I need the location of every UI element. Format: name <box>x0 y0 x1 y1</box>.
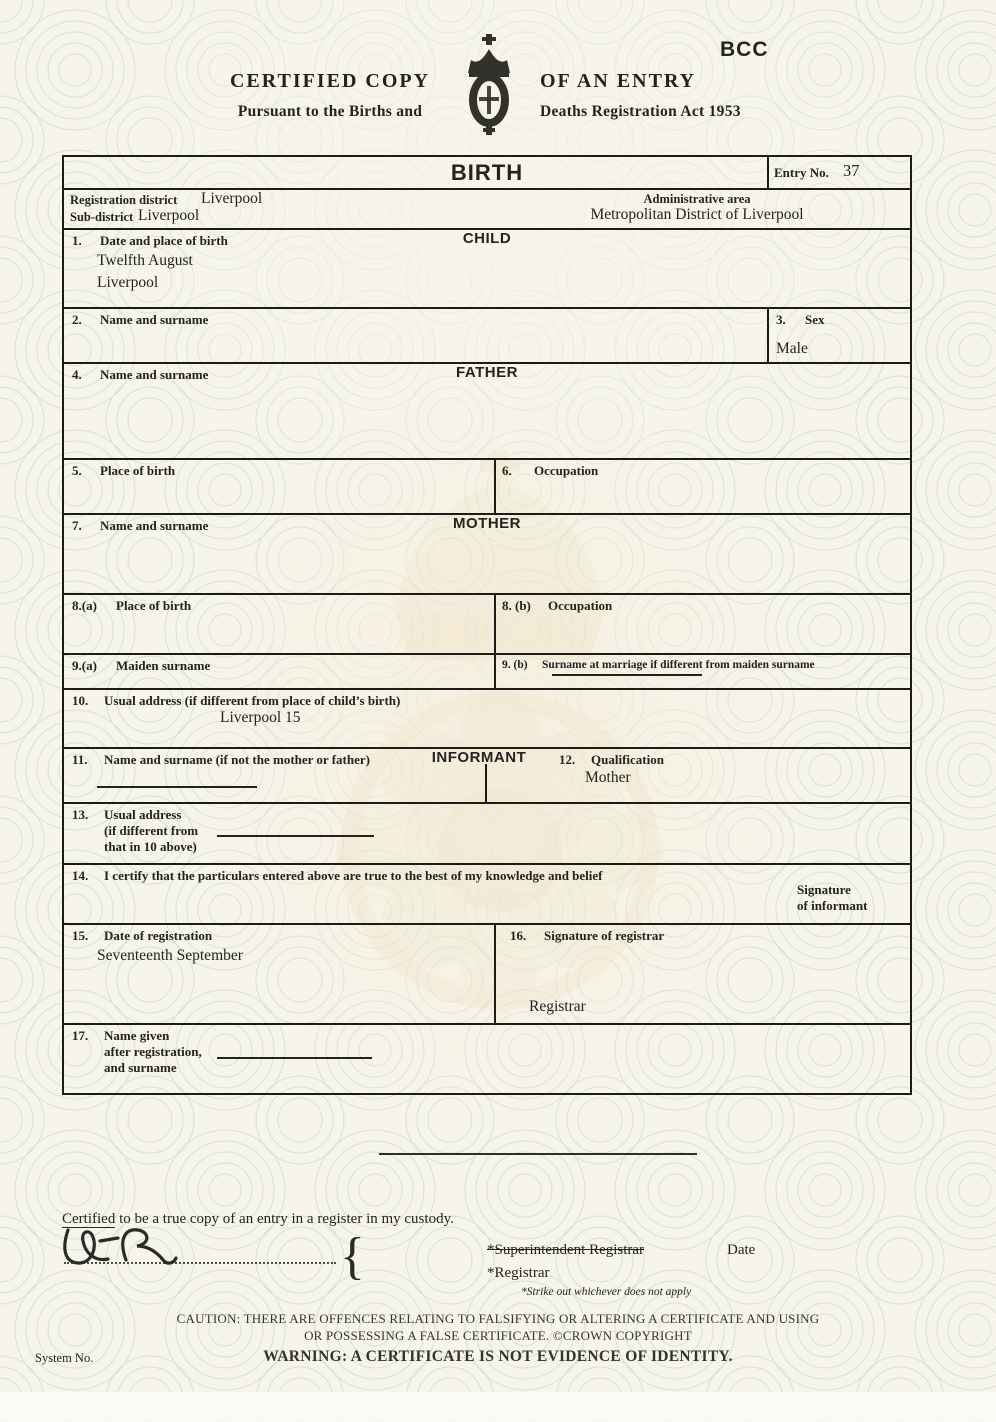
field-9a-number: 9.(a) <box>72 658 97 674</box>
field-9b-number: 9. (b) <box>502 659 528 673</box>
row-divider <box>64 653 910 655</box>
field-11-answer-line <box>97 786 257 788</box>
administrative-area-value: Metropolitan District of Liverpool <box>484 206 910 224</box>
field-10-value: Liverpool 15 <box>220 709 301 727</box>
handwritten-signature <box>56 1222 216 1274</box>
field-10-label: Usual address (if different from place o… <box>104 693 400 709</box>
signature-of-informant-line1: Signature <box>797 882 851 898</box>
entry-no-label: Entry No. <box>774 165 829 181</box>
field-16-value: Registrar <box>529 998 586 1016</box>
field-1-value-date: Twelfth August <box>97 252 193 270</box>
entry-no-value: 37 <box>843 161 860 181</box>
field-11-label: Name and surname (if not the mother or f… <box>104 752 370 768</box>
field-5-label: Place of birth <box>100 463 175 479</box>
field-17-label-line3: and surname <box>104 1060 177 1076</box>
informant-divider <box>485 764 487 802</box>
field-17-label-line2: after registration, <box>104 1044 202 1060</box>
row-divider <box>64 863 910 865</box>
field-3-number: 3. <box>776 312 786 328</box>
row-divider <box>64 1023 910 1025</box>
field-9b-label: Surname at marriage if different from ma… <box>542 659 815 673</box>
field-17-number: 17. <box>72 1028 88 1044</box>
date-label: Date <box>727 1242 755 1259</box>
field-10-number: 10. <box>72 693 88 709</box>
registrar-option: *Registrar <box>487 1265 549 1282</box>
caution-line1: CAUTION: THERE ARE OFFENCES RELATING TO … <box>0 1311 996 1327</box>
field-13-label-line1: Usual address <box>104 807 181 823</box>
field-3-value: Male <box>776 340 808 358</box>
brace-glyph: { <box>340 1231 365 1283</box>
field-13-label-line3: that in 10 above) <box>104 839 197 855</box>
field-5-number: 5. <box>72 463 82 479</box>
sex-cell-divider <box>767 307 769 362</box>
row-divider <box>64 923 910 925</box>
act-subtitle: Deaths Registration Act 1953 <box>540 103 741 121</box>
field-15-label: Date of registration <box>104 928 212 944</box>
field-12-value: Mother <box>585 769 631 787</box>
row-divider <box>64 188 910 190</box>
field-16-number: 16. <box>510 928 526 944</box>
warning-statement: WARNING: A CERTIFICATE IS NOT EVIDENCE O… <box>0 1348 996 1366</box>
field-6-number: 6. <box>502 463 512 479</box>
certificate-page: BCC CERTIFIED COPY OF AN ENTRY Pursuant … <box>0 0 996 1422</box>
field-12-number: 12. <box>559 752 575 768</box>
field-17-label-line1: Name given <box>104 1028 169 1044</box>
section-header-informant: INFORMANT <box>394 749 564 766</box>
section-header-mother: MOTHER <box>64 515 910 532</box>
sub-district-label: Sub-district <box>70 210 133 225</box>
superintendent-registrar-option: *Superintendent Registrar <box>487 1242 644 1259</box>
caution-line2: OR POSSESSING A FALSE CERTIFICATE. ©CROW… <box>0 1328 996 1344</box>
field-2-label: Name and surname <box>100 312 208 328</box>
row-divider <box>64 688 910 690</box>
paper-wash-bottom <box>0 1392 996 1422</box>
surname-marriage-divider <box>494 653 496 688</box>
field-15-number: 15. <box>72 928 88 944</box>
signature-of-informant-line2: of informant <box>797 898 867 914</box>
row-divider <box>64 802 910 804</box>
pursuant-subtitle: Pursuant to the Births and <box>190 103 470 121</box>
field-15-value: Seventeenth September <box>97 947 243 965</box>
field-2-number: 2. <box>72 312 82 328</box>
registration-district-label: Registration district <box>70 193 177 208</box>
field-14-label: I certify that the particulars entered a… <box>104 868 603 884</box>
field-14-number: 14. <box>72 868 88 884</box>
field-6-label: Occupation <box>534 463 598 479</box>
field-11-number: 11. <box>72 752 88 768</box>
occupation-cell-divider <box>494 458 496 513</box>
field-1-value-place: Liverpool <box>97 274 158 292</box>
administrative-area-label: Administrative area <box>484 192 910 207</box>
certified-copy-title: CERTIFIED COPY <box>190 70 470 93</box>
field-13-answer-line <box>217 835 374 837</box>
row-divider <box>64 458 910 460</box>
field-17-answer-line <box>217 1057 372 1059</box>
field-13-number: 13. <box>72 807 88 823</box>
royal-coat-of-arms-icon <box>457 34 521 136</box>
section-header-child: CHILD <box>64 230 910 247</box>
field-13-label-line2: (if different from <box>104 823 198 839</box>
field-8a-number: 8.(a) <box>72 598 97 614</box>
registrar-cell-divider <box>494 923 496 1023</box>
sub-district-value: Liverpool <box>138 207 199 225</box>
row-divider <box>64 593 910 595</box>
field-12-label: Qualification <box>591 752 664 768</box>
of-an-entry-title: OF AN ENTRY <box>540 70 696 93</box>
blank-answer-line <box>379 1153 697 1155</box>
field-9a-label: Maiden surname <box>116 658 210 674</box>
field-9b-answer-line <box>552 674 702 676</box>
registration-district-value: Liverpool <box>201 190 262 208</box>
strike-out-note: *Strike out whichever does not apply <box>521 1286 691 1298</box>
mother-occupation-divider <box>494 593 496 653</box>
bcc-code: BCC <box>720 38 769 62</box>
field-3-label: Sex <box>805 312 825 328</box>
row-divider <box>64 307 910 309</box>
field-8a-label: Place of birth <box>116 598 191 614</box>
field-8b-label: Occupation <box>548 598 612 614</box>
field-8b-number: 8. (b) <box>502 598 531 614</box>
field-16-label: Signature of registrar <box>544 928 664 944</box>
birth-entry-table: BIRTH Entry No. 37 Registration district… <box>62 155 912 1095</box>
section-header-father: FATHER <box>64 364 910 381</box>
